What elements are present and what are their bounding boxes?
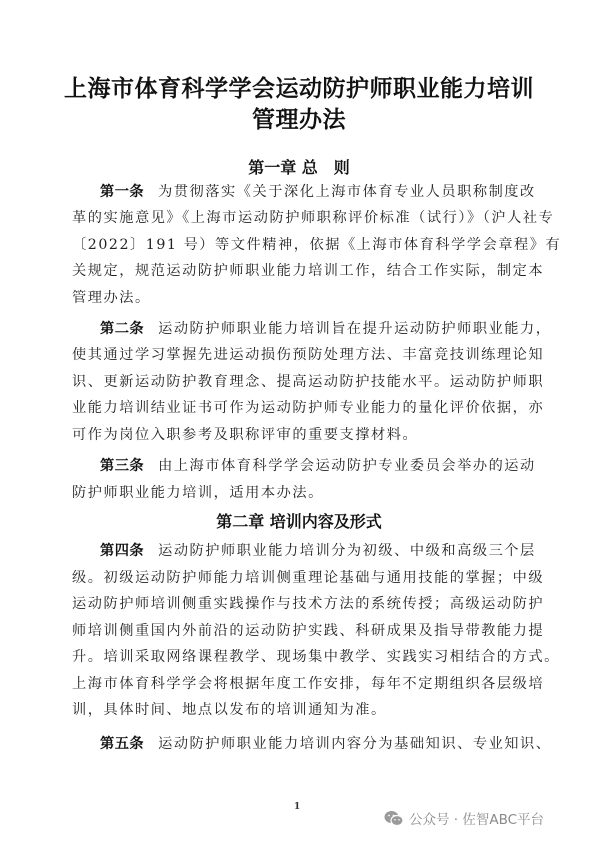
article-1-line-1: 第一条为贯彻落实《关于深化上海市体育专业人员职称制度改: [100, 181, 527, 203]
article-label: 第五条: [100, 736, 144, 752]
chapter-heading-1: 第一章 总 则: [72, 157, 526, 179]
article-5-line-1: 第五条运动防护师职业能力培训内容分为基础知识、专业知识、: [100, 733, 527, 755]
article-4-line-2: 级。初级运动防护师能力培训侧重理论基础与通用技能的掌握；中级: [72, 567, 527, 589]
chapter-heading-2: 第二章 培训内容及形式: [72, 511, 526, 533]
article-4-line-6: 上海市体育科学学会将根据年度工作安排，每年不定期组织各层级培: [72, 673, 527, 695]
article-4-line-4: 师培训侧重国内外前沿的运动防护实践、科研成果及指导带教能力提: [72, 620, 527, 642]
article-1-line-5: 管理办法。: [72, 287, 527, 309]
watermark: 公众号 · 佐智ABC平台: [384, 808, 544, 828]
article-label: 第一条: [100, 184, 144, 200]
article-text: 运动防护师职业能力培训内容分为基础知识、专业知识、: [158, 736, 551, 752]
article-4-line-3: 运动防护师培训侧重实践操作与技术方法的系统传授；高级运动防护: [72, 593, 527, 615]
article-label: 第四条: [100, 543, 144, 559]
article-4-line-7: 训，具体时间、地点以发布的培训通知为准。: [72, 699, 527, 721]
article-label: 第三条: [100, 458, 144, 474]
article-2-line-2: 使其通过学习掌握先进运动损伤预防处理方法、丰富竞技训练理论知: [72, 344, 527, 366]
article-text: 由上海市体育科学学会运动防护专业委员会举办的运动: [158, 458, 536, 474]
article-1-line-3: 〔2022〕191 号）等文件精神，依据《上海市体育科学学会章程》有: [72, 234, 527, 256]
document-title-line-1: 上海市体育科学学会运动防护师职业能力培训: [40, 73, 558, 104]
article-3-line-2: 防护师职业能力培训，适用本办法。: [72, 482, 527, 504]
article-1-line-4: 关规定，规范运动防护师职业能力培训工作，结合工作实际，制定本: [72, 260, 527, 282]
article-label: 第二条: [100, 321, 144, 337]
article-text: 运动防护师职业能力培训旨在提升运动防护师职业能力，: [158, 321, 551, 337]
article-text: 为贯彻落实《关于深化上海市体育专业人员职称制度改: [158, 184, 536, 200]
document-page: 上海市体育科学学会运动防护师职业能力培训 管理办法 第一章 总 则 第一条为贯彻…: [0, 0, 598, 844]
article-2-line-3: 识、更新运动防护教育理念、提高运动防护技能水平。运动防护师职: [72, 371, 527, 393]
page-number: 1: [294, 802, 300, 812]
article-2-line-1: 第二条运动防护师职业能力培训旨在提升运动防护师职业能力，: [100, 318, 527, 340]
article-4-line-1: 第四条运动防护师职业能力培训分为初级、中级和高级三个层: [100, 540, 527, 562]
article-2-line-5: 可作为岗位入职参考及职称评审的重要支撑材料。: [72, 424, 527, 446]
wechat-icon: [384, 810, 404, 827]
article-1-line-2: 革的实施意见》《上海市运动防护师职称评价标准（试行）》（沪人社专: [72, 207, 527, 229]
article-3-line-1: 第三条由上海市体育科学学会运动防护专业委员会举办的运动: [100, 455, 527, 477]
article-2-line-4: 业能力培训结业证书可作为运动防护师专业能力的量化评价依据，亦: [72, 397, 527, 419]
document-title-line-2: 管理办法: [40, 104, 558, 135]
watermark-text: 公众号 · 佐智ABC平台: [409, 808, 544, 828]
article-4-line-5: 升。培训采取网络课程教学、现场集中教学、实践实习相结合的方式。: [72, 646, 527, 668]
article-text: 运动防护师职业能力培训分为初级、中级和高级三个层: [158, 543, 536, 559]
